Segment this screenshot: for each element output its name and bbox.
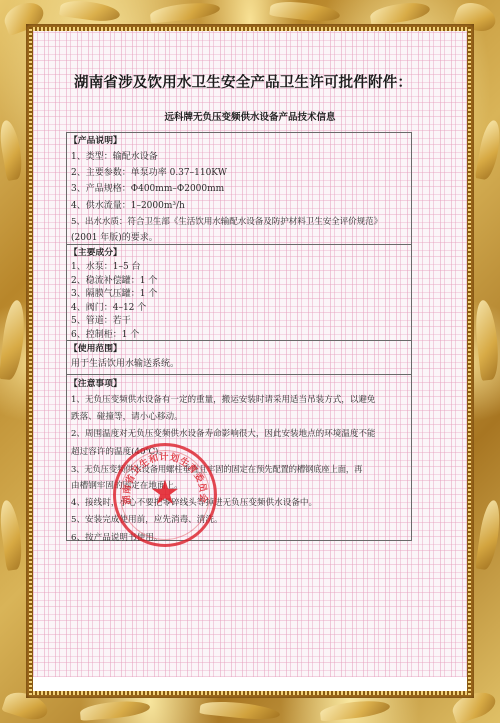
frame-ornament-icon bbox=[59, 0, 121, 24]
list-item: 6、按产品说明书使用。 bbox=[67, 530, 411, 547]
document-subtitle: 远科牌无负压变频供水设备产品技术信息 bbox=[33, 109, 467, 123]
list-item: 2、周围温度对无负压变频供水设备寿命影响很大，因此安装地点的环境温度不能 bbox=[67, 426, 411, 443]
frame-ornament-icon bbox=[473, 299, 500, 381]
section-heading: 【使用范围】 bbox=[67, 341, 411, 357]
product-info-table: 【产品说明】 1、类型：输配水设备 2、主要参数：单泵功率 0.37–110KW… bbox=[66, 132, 412, 541]
frame-ornament-icon bbox=[0, 299, 27, 381]
section-heading: 【注意事项】 bbox=[67, 375, 411, 392]
list-item: 4、阀门：4–12 个 bbox=[67, 302, 411, 316]
section-heading: 【产品说明】 bbox=[67, 133, 411, 149]
section-scope-of-use: 【使用范围】 用于生活饮用水输送系统。 bbox=[67, 340, 411, 375]
list-item: 1、水泵：1–5 台 bbox=[67, 261, 411, 275]
list-item: 由槽钢牢固的固定在地面上。 bbox=[67, 478, 411, 495]
list-item: 5、出水水质：符合卫生部《生活饮用水输配水设备及防护材料卫生安全评价规范》 bbox=[67, 214, 411, 230]
list-item: 超过容许的温度(40℃)。 bbox=[67, 444, 411, 461]
list-item: 跌落、碰撞等，请小心移动。 bbox=[67, 409, 411, 426]
list-item: 5、管道：若干 bbox=[67, 315, 411, 329]
frame-ornament-icon bbox=[475, 499, 500, 571]
frame-ornament-icon bbox=[149, 0, 220, 23]
list-item: 1、无负压变频供水设备有一定的重量，搬运安装时请采用适当吊装方式，以避免 bbox=[67, 392, 411, 409]
frame-ornament-icon bbox=[269, 0, 341, 24]
section-product-description: 【产品说明】 1、类型：输配水设备 2、主要参数：单泵功率 0.37–110KW… bbox=[67, 133, 411, 244]
list-item: 3、无负压变频供水设备用螺柱垂直且牢固的固定在预先配置的槽钢底座上面，再 bbox=[67, 461, 411, 478]
list-item: 2、主要参数：单泵功率 0.37–110KW bbox=[67, 165, 411, 181]
frame-ornament-icon bbox=[0, 119, 25, 181]
list-item: 3、产品规格：Φ400mm–Φ2000mm bbox=[67, 181, 411, 197]
list-item: 5、安装完成使用前，应先消毒、清洗。 bbox=[67, 512, 411, 529]
list-item: 4、接线时，小心不要把零碎线头等掉进无负压变频供水设备中。 bbox=[67, 495, 411, 512]
frame-ornament-icon bbox=[79, 699, 150, 721]
frame-ornament-icon bbox=[475, 119, 500, 181]
section-main-components: 【主要成分】 1、水泵：1–5 台 2、稳流补偿罐：1 个 3、隔膜气压罐：1 … bbox=[67, 244, 411, 341]
list-item: 2、稳流补偿罐：1 个 bbox=[67, 275, 411, 289]
list-item: 1、类型：输配水设备 bbox=[67, 149, 411, 165]
frame-ornament-icon bbox=[199, 699, 280, 722]
list-item: 3、隔膜气压罐：1 个 bbox=[67, 288, 411, 302]
frame-ornament-icon bbox=[369, 0, 431, 26]
section-precautions: 【注意事项】 1、无负压变频供水设备有一定的重量，搬运安装时请采用适当吊装方式，… bbox=[67, 374, 411, 543]
list-item: 4、供水流量：1–2000m³/h bbox=[67, 198, 411, 214]
paper-margin bbox=[33, 677, 467, 691]
section-heading: 【主要成分】 bbox=[67, 245, 411, 261]
document-title: 湖南省涉及饮用水卫生安全产品卫生许可批件附件： bbox=[74, 71, 454, 92]
frame-ornament-icon bbox=[319, 698, 390, 721]
frame-ornament-icon bbox=[0, 499, 25, 571]
list-item: 用于生活饮用水输送系统。 bbox=[67, 357, 411, 372]
certificate-paper: 湖南省涉及饮用水卫生安全产品卫生许可批件附件： 远科牌无负压变频供水设备产品技术… bbox=[33, 31, 467, 691]
